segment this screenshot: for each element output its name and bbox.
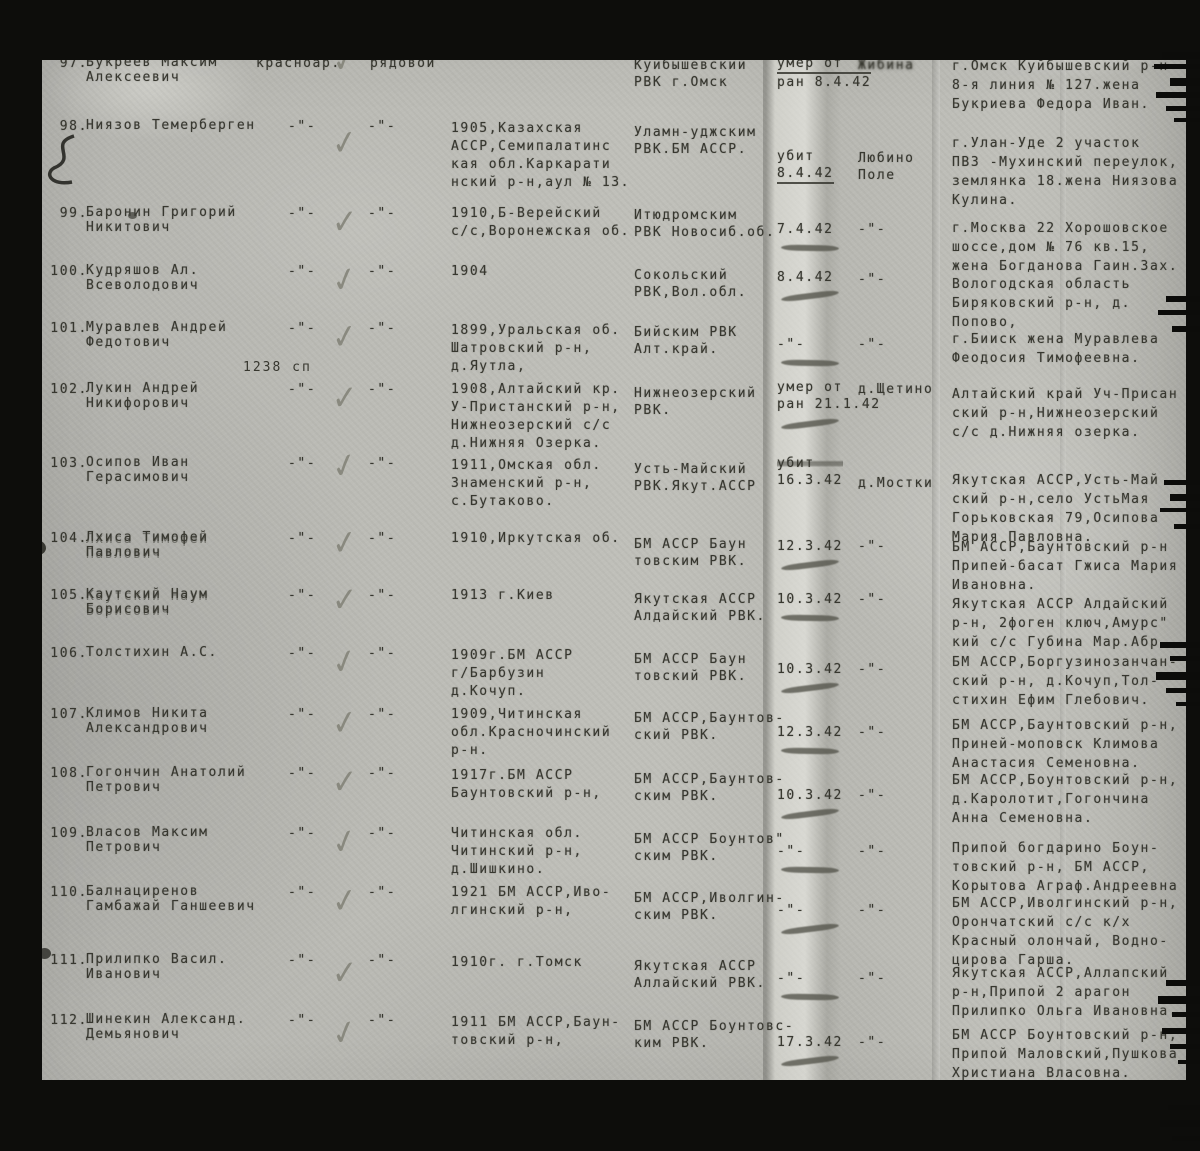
- soldier-name: Прилипко Васил. Иванович: [86, 952, 227, 982]
- enlistment-office-cell: Бийским РВК Алт.край.: [634, 324, 738, 358]
- casualty-row: 111.Прилипко Васил. Иванович-"-✓-"-1910г…: [0, 952, 1200, 953]
- burial-place-cell: -"-: [858, 843, 886, 860]
- soldier-name: Лукин Андрей Никифорович: [86, 381, 199, 411]
- birth-place-cell: 1913 г.Киев: [451, 587, 555, 605]
- enlistment-office-cell: БМ АССР,Баунтов- ским РВК.: [634, 771, 785, 805]
- casualty-row: 101.Муравлев Андрей Федотович-"-✓-"-1899…: [0, 320, 1200, 321]
- check-mark-icon: ✓: [330, 880, 359, 923]
- pencil-dash-mark: [781, 417, 839, 430]
- enlistment-office-cell: БМ АССР,Баунтов- ский РВК.: [634, 710, 785, 744]
- casualty-row: 108.Гогончин Анатолий Петрович-"-✓-"-191…: [0, 765, 1200, 766]
- death-info-cell: 10.3.42: [777, 787, 843, 804]
- burial-place-cell: -"-: [858, 787, 886, 804]
- pencil-dash-mark: [781, 747, 839, 754]
- pencil-dash-mark: [781, 614, 839, 621]
- rank-cell: -"-: [288, 884, 316, 901]
- relatives-address-cell: г.Улан-Уде 2 участок ПВЗ -Мухинский пере…: [952, 134, 1178, 210]
- death-info-line: 12.3.42: [777, 538, 843, 555]
- pencil-dash-mark: [781, 993, 839, 1000]
- death-info-cell: -"-: [777, 970, 805, 987]
- death-info-cell: убит16.3.42: [777, 455, 843, 489]
- soldier-name: Каутский Наум Борисович: [86, 587, 209, 617]
- scan-artifact-bar: [1174, 118, 1200, 122]
- check-mark-icon: ✓: [332, 378, 358, 419]
- burial-place-cell: -"-: [858, 336, 886, 353]
- casualty-row: 107.Климов Никита Александрович-"-✓-"-19…: [0, 706, 1200, 707]
- document-scan: - 5 - 4) 1238 сп 97.Букреев Максим Алекс…: [0, 0, 1200, 1151]
- scan-artifact-bar: [1166, 688, 1200, 693]
- death-info-line: -"-: [777, 970, 805, 987]
- death-info-line: 10.3.42: [777, 787, 843, 804]
- death-info-cell: 12.3.42: [777, 724, 843, 741]
- burial-place-cell: -"-: [858, 538, 886, 555]
- rank-cell: -"-: [368, 645, 396, 662]
- rank-cell: -"-: [368, 952, 396, 969]
- casualty-row: 104.Лхиса Тимофей Павлович-"-✓-"-1910,Ир…: [0, 530, 1200, 531]
- casualty-row: 103.Осипов Иван Герасимович-"-✓-"-1911,О…: [0, 455, 1200, 456]
- paper-stain-dot: [128, 212, 137, 219]
- torn-edge-top: [0, 0, 1200, 60]
- rank-cell: -"-: [368, 455, 396, 472]
- burial-place-cell: Любино Поле: [858, 150, 915, 184]
- casualty-list: 97.Букреев Максим Алексеевичкрасноар.✓ря…: [0, 0, 1200, 1151]
- enlistment-office-cell: БМ АССР,Иволгин- ским РВК.: [634, 890, 785, 924]
- relatives-address-cell: Алтайский край Уч-Присан ский р-н,Нижнео…: [952, 385, 1178, 442]
- scan-artifact-bar: [1168, 1105, 1200, 1110]
- scan-artifact-bar: [1170, 494, 1200, 501]
- burial-place-cell: д.Мостки: [858, 475, 933, 492]
- birth-place-cell: 1909г.БМ АССР г/Барбузин д.Кочуп.: [451, 647, 574, 701]
- rank-cell: -"-: [288, 530, 316, 547]
- death-info-cell: 17.3.42: [777, 1034, 843, 1051]
- enlistment-office-cell: Якутская АССР Аллайский РВК.: [634, 958, 766, 992]
- soldier-name: Кудряшов Ал. Всеволодович: [86, 263, 199, 293]
- check-mark-icon: ✓: [330, 522, 359, 565]
- check-mark-icon: ✓: [330, 702, 359, 745]
- death-info-cell: -"-: [777, 902, 805, 919]
- rank-cell: -"-: [368, 381, 396, 398]
- pencil-dash-mark: [781, 1054, 839, 1067]
- rank-cell: -"-: [368, 118, 396, 135]
- burial-place-cell: -"-: [858, 221, 886, 238]
- death-info-cell: -"-: [777, 336, 805, 353]
- rank-cell: -"-: [368, 320, 396, 337]
- death-info-cell: 8.4.42: [777, 269, 834, 286]
- scan-artifact-bar: [1154, 64, 1200, 69]
- death-info-line: 10.3.42: [777, 591, 843, 608]
- check-mark-icon: ✓: [332, 762, 358, 803]
- scan-artifact-bar: [1166, 106, 1200, 111]
- torn-edge-right: [1186, 0, 1200, 1151]
- enlistment-office-cell: БМ АССР Баун товским РВК.: [634, 536, 747, 570]
- death-info-line: 7.4.42: [777, 221, 834, 238]
- relatives-address-cell: БМ АССР,Иволгинский р-н, Орончатский с/с…: [952, 894, 1178, 970]
- birth-place-cell: 1921 БМ АССР,Иво- лгинский р-н,: [451, 884, 611, 920]
- burial-place-cell: д.Щетино: [858, 381, 933, 398]
- scan-artifact-bar: [1170, 78, 1200, 86]
- death-info-line: 10.3.42: [777, 661, 843, 678]
- scan-artifact-bar: [1172, 1136, 1200, 1141]
- birth-place-cell: 1911,Омская обл. Знаменский р-н, с.Бутак…: [451, 457, 602, 511]
- burial-place-cell: -"-: [858, 724, 886, 741]
- rank-cell: -"-: [368, 1012, 396, 1029]
- check-mark-icon: ✓: [332, 202, 358, 243]
- rank-cell: -"-: [288, 118, 316, 135]
- casualty-row: 105.Каутский Наум Борисович-"-✓-"-1913 г…: [0, 587, 1200, 588]
- check-mark-icon: ✓: [332, 580, 358, 621]
- death-info-cell: -"-: [777, 843, 805, 860]
- scan-artifact-bar: [1172, 1012, 1200, 1017]
- pencil-dash-mark: [781, 558, 839, 571]
- scan-artifact-bar: [1164, 480, 1200, 485]
- death-info-cell: 12.3.42: [777, 538, 843, 555]
- scan-artifact-bar: [1158, 310, 1200, 315]
- scan-artifact-bar: [1158, 996, 1200, 1004]
- scan-artifact-bar: [1170, 656, 1200, 661]
- birth-place-cell: 1910г. г.Томск: [451, 954, 583, 972]
- pencil-squiggle-mark: [42, 130, 86, 194]
- check-mark-icon: ✓: [328, 640, 360, 684]
- soldier-name: Шинекин Александ. Демьянович: [86, 1012, 246, 1042]
- casualty-row: 100.Кудряшов Ал. Всеволодович-"-✓-"-1904…: [0, 263, 1200, 264]
- birth-place-cell: Читинская обл. Читинский р-н, д.Шишкино.: [451, 825, 583, 879]
- death-info-line: 8.4.42: [777, 165, 834, 184]
- rank-cell: -"-: [288, 645, 316, 662]
- death-info-cell: убит8.4.42: [777, 148, 834, 184]
- birth-place-cell: 1905,Казахская АССР,Семипалатинс кая обл…: [451, 120, 630, 192]
- death-info-line: -"-: [777, 843, 805, 860]
- enlistment-office-cell: Сокольский РВК,Вол.обл.: [634, 267, 747, 301]
- death-info-cell: 10.3.42: [777, 661, 843, 678]
- scan-artifact-bar: [1178, 1060, 1200, 1064]
- birth-place-cell: 1917г.БМ АССР Баунтовский р-н,: [451, 767, 602, 803]
- scan-artifact-bar: [1170, 1044, 1200, 1049]
- scan-artifact-bar: [1156, 92, 1200, 98]
- rank-cell: -"-: [368, 825, 396, 842]
- burial-place-cell: -"-: [858, 902, 886, 919]
- death-info-cell: 10.3.42: [777, 591, 843, 608]
- enlistment-office-cell: БМ АССР Боунтовс- ким РВК.: [634, 1018, 794, 1052]
- rank-cell: -"-: [368, 587, 396, 604]
- death-info-line: убит: [777, 148, 834, 165]
- relatives-address-cell: Якутская АССР Алдайский р-н, 2фоген ключ…: [952, 595, 1169, 652]
- scan-artifact-bar: [1162, 52, 1200, 59]
- birth-place-cell: 1899,Уральская об. Шатровский р-н, д.Яут…: [451, 322, 621, 376]
- relatives-address-cell: г.Омск Куйбышевский р-н 8-я линия № 127.…: [952, 57, 1169, 114]
- birth-place-cell: 1904: [451, 263, 489, 281]
- relatives-address-cell: Якутская АССР,Усть-Май ский р-н,село Уст…: [952, 471, 1159, 547]
- death-info-line: 16.3.42: [777, 472, 843, 489]
- rank-cell: -"-: [288, 1012, 316, 1029]
- pencil-dash-mark: [781, 807, 839, 820]
- enlistment-office-cell: Нижнеозерский РВК.: [634, 385, 757, 419]
- soldier-name: Лхиса Тимофей Павлович: [86, 530, 209, 560]
- enlistment-office-cell: БМ АССР Боунтов" ским РВК.: [634, 831, 785, 865]
- check-mark-icon: ✓: [330, 316, 359, 359]
- death-info-line: -"-: [777, 902, 805, 919]
- check-mark-icon: ✓: [328, 444, 360, 488]
- birth-place-cell: 1910,Б-Верейский с/с,Воронежская об.: [451, 205, 630, 241]
- casualty-row: 106.Толстихин А.С.-"-✓-"-1909г.БМ АССР г…: [0, 645, 1200, 646]
- death-info-line: 17.3.42: [777, 1034, 843, 1051]
- relatives-address-cell: г.Москва 22 Хорошовское шоссе,дом № 76 к…: [952, 219, 1178, 276]
- check-mark-icon: ✓: [328, 1011, 360, 1055]
- scan-artifact-bar: [1156, 672, 1200, 680]
- rank-cell: -"-: [288, 263, 316, 280]
- pencil-dash-mark: [781, 289, 839, 302]
- birth-place-cell: 1910,Иркутская об.: [451, 530, 621, 548]
- burial-place-cell: -"-: [858, 591, 886, 608]
- scan-artifact-bar: [1172, 326, 1200, 332]
- death-info-line: ран 21.1.42: [777, 396, 881, 413]
- relatives-address-cell: БМ АССР,Боунтовский р-н, д.Каролотит,Гог…: [952, 771, 1178, 828]
- casualty-row: 98.Ниязов Темерберген-"-✓-"-1905,Казахск…: [0, 118, 1200, 119]
- casualty-row: 99.Баронин Григорий Никитович-"-✓-"-1910…: [0, 205, 1200, 206]
- relatives-address-cell: Припой богдарино Боун- товский р-н, БМ А…: [952, 839, 1178, 896]
- scan-artifact-bar: [1174, 524, 1200, 529]
- soldier-name: Климов Никита Александрович: [86, 706, 209, 736]
- casualty-row: 110.Балнациренов Гамбажай Ганшеевич-"-✓-…: [0, 884, 1200, 885]
- death-info-cell: 7.4.42: [777, 221, 834, 238]
- rank-cell: -"-: [368, 706, 396, 723]
- soldier-name: Толстихин А.С.: [86, 645, 218, 660]
- death-info-line: 8.4.42: [777, 269, 834, 286]
- burial-place-cell: -"-: [858, 271, 886, 288]
- burial-place-cell: -"-: [858, 1034, 886, 1051]
- enlistment-office-cell: Усть-Майский РВК.Якут.АССР: [634, 461, 757, 495]
- scan-artifact-bar: [1160, 508, 1200, 512]
- scan-artifact-bar: [1160, 642, 1200, 648]
- rank-cell: -"-: [368, 765, 396, 782]
- check-mark-icon: ✓: [328, 820, 360, 864]
- rank-cell: -"-: [288, 765, 316, 782]
- casualty-row: 102.Лукин Андрей Никифорович-"-✓-"-1908,…: [0, 381, 1200, 382]
- check-mark-icon: ✓: [328, 258, 360, 302]
- relatives-address-cell: Вологодская область Биряковский р-н, д. …: [952, 275, 1131, 332]
- torn-edge-left: [0, 0, 42, 1151]
- soldier-name: Балнациренов Гамбажай Ганшеевич: [86, 884, 256, 914]
- rank-cell: -"-: [288, 455, 316, 472]
- pencil-dash-mark: [781, 681, 839, 694]
- birth-place-cell: 1909,Читинская обл.Красночинский р-н.: [451, 706, 611, 760]
- death-info-line: -"-: [777, 336, 805, 353]
- soldier-name: Муравлев Андрей Федотович: [86, 320, 227, 350]
- rank-cell: -"-: [288, 706, 316, 723]
- enlistment-office-cell: Куйбышевский РВК г.Омск: [634, 57, 747, 91]
- soldier-name: Осипов Иван Герасимович: [86, 455, 190, 485]
- scan-artifact-bar: [1166, 980, 1200, 986]
- pencil-dash-mark: [781, 244, 839, 251]
- casualty-row: 109.Власов Максим Петрович-"-✓-"-Читинск…: [0, 825, 1200, 826]
- scan-artifact-bar: [1162, 1028, 1200, 1034]
- scan-artifact-bar: [1176, 702, 1200, 706]
- rank-cell: -"-: [368, 205, 396, 222]
- soldier-name: Баронин Григорий Никитович: [86, 205, 237, 235]
- torn-edge-bottom: [0, 1080, 1200, 1151]
- relatives-address-cell: БМ АССР Боунтовский р-н, Припой Маловски…: [952, 1026, 1178, 1083]
- birth-place-cell: 1911 БМ АССР,Баун- товский р-н,: [451, 1014, 621, 1050]
- death-info-line: ран 8.4.42: [777, 74, 871, 91]
- enlistment-office-cell: Уламн-уджским РВК.БМ АССР.: [634, 124, 757, 158]
- casualty-row: 112.Шинекин Александ. Демьянович-"-✓-"-1…: [0, 1012, 1200, 1013]
- soldier-name: Власов Максим Петрович: [86, 825, 209, 855]
- rank-cell: -"-: [288, 381, 316, 398]
- enlistment-office-cell: БМ АССР Баун товский РВК.: [634, 651, 747, 685]
- enlistment-office-cell: Якутская АССР Алдайский РВК.: [634, 591, 766, 625]
- birth-place-cell: 1908,Алтайский кр. У-Пристанский р-н, Ни…: [451, 381, 621, 453]
- scan-artifact-bar: [1160, 1120, 1200, 1127]
- pencil-dash-mark: [781, 866, 839, 873]
- scan-artifact-bar: [1166, 296, 1200, 302]
- check-mark-icon: ✓: [332, 953, 358, 994]
- burial-place-cell: -"-: [858, 661, 886, 678]
- check-mark-icon: ✓: [330, 122, 359, 165]
- burial-place-cell: -"-: [858, 970, 886, 987]
- rank-cell: -"-: [288, 952, 316, 969]
- relatives-address-cell: г.Бииск жена Муравлева Феодосия Тимофеев…: [952, 330, 1159, 368]
- pencil-dash-mark: [781, 922, 839, 935]
- pencil-dash-mark: [781, 359, 839, 366]
- rank-cell: -"-: [288, 587, 316, 604]
- soldier-name: Ниязов Темерберген: [86, 118, 256, 133]
- relatives-address-cell: БМ АССР,Боргузинозанчан- ский р-н, д.Коч…: [952, 653, 1178, 710]
- rank-cell: -"-: [368, 530, 396, 547]
- death-info-line: убит: [777, 455, 843, 472]
- rank-cell: -"-: [288, 205, 316, 222]
- death-info-line: 12.3.42: [777, 724, 843, 741]
- rank-cell: -"-: [288, 320, 316, 337]
- rank-cell: -"-: [288, 825, 316, 842]
- soldier-name: Гогончин Анатолий Петрович: [86, 765, 246, 795]
- rank-cell: -"-: [368, 263, 396, 280]
- rank-cell: -"-: [368, 884, 396, 901]
- enlistment-office-cell: Итюдромским РВК Новосиб.об.: [634, 207, 775, 241]
